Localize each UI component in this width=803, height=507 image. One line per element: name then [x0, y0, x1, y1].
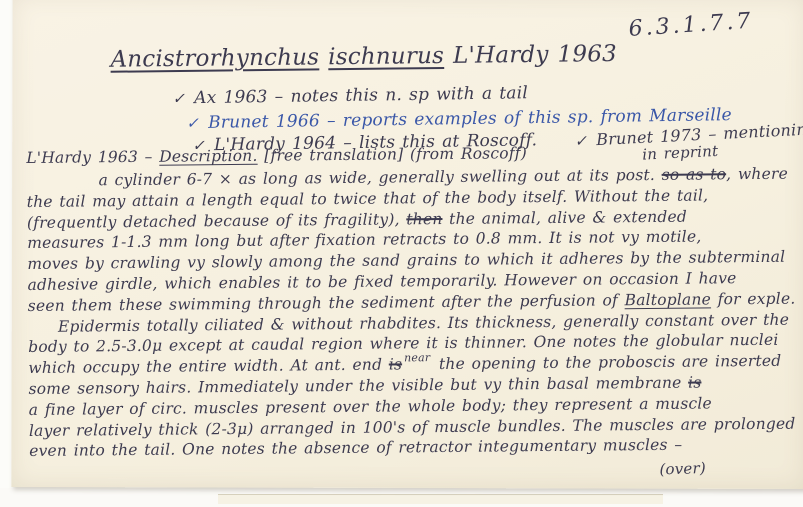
- scanned-index-card-page: { "card": { "catalog_number": "6.3.1.7.7…: [0, 0, 803, 507]
- title-species: ischnurus: [328, 43, 444, 70]
- over-note: (over): [659, 459, 706, 478]
- description-paragraph: L'Hardy 1963 – Description. [free transl…: [26, 140, 803, 462]
- inserted-word-above-line: near: [404, 351, 430, 364]
- species-title: Ancistrorhynchus ischnurus L'Hardy 1963: [110, 41, 617, 73]
- title-genus: Ancistrorhynchus: [110, 44, 319, 72]
- reference-item-ax-1963: ✓Ax 1963 – notes this n. sp with a tail: [172, 83, 528, 108]
- catalog-number: 6.3.1.7.7: [628, 9, 754, 42]
- card-beneath-edge: [218, 494, 663, 504]
- checkmark-icon: ✓: [172, 89, 185, 107]
- index-card: 6.3.1.7.7 Ancistrorhynchus ischnurus L'H…: [11, 0, 803, 489]
- title-authority: L'Hardy 1963: [453, 41, 617, 69]
- reference-text: Ax 1963 – notes this n. sp with a tail: [194, 83, 528, 108]
- checkmark-icon: ✓: [186, 114, 199, 132]
